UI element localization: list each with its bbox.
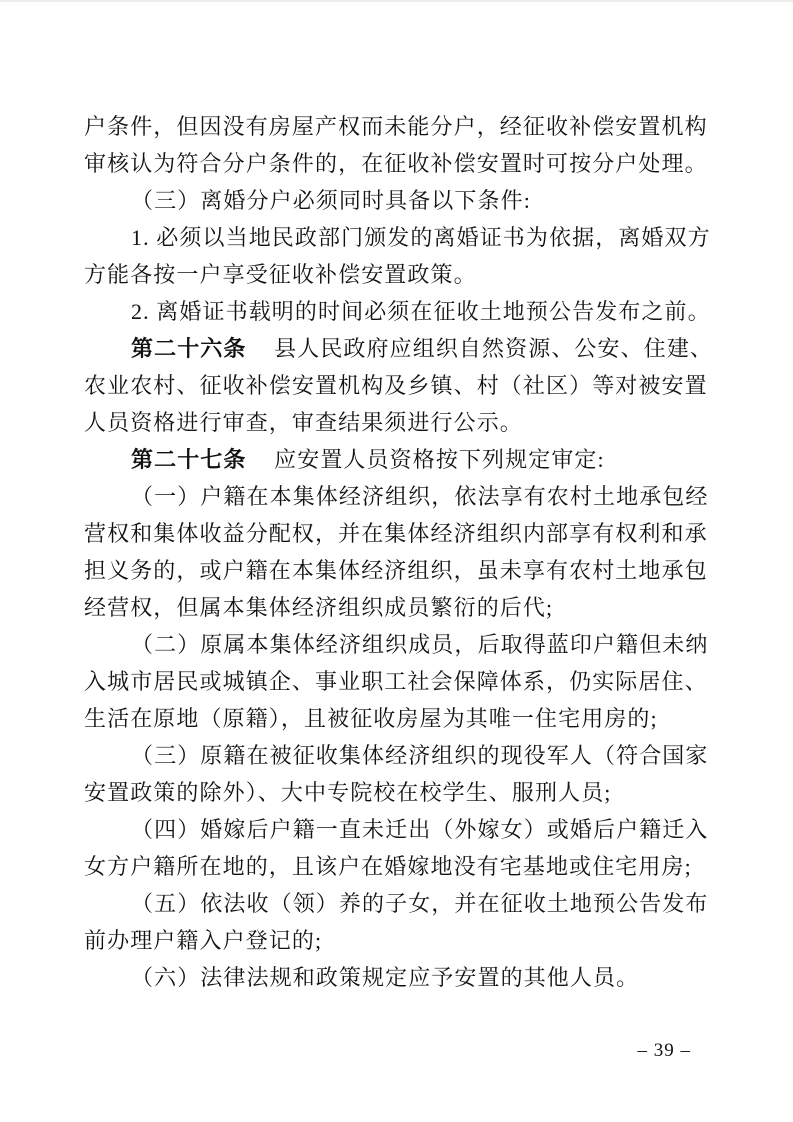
document-line: 第二十七条 应安置人员资格按下列规定审定: bbox=[84, 441, 714, 478]
document-line: 2. 离婚证书载明的时间必须在征收土地预公告发布之前。 bbox=[84, 293, 714, 330]
line-text: 审核认为符合分户条件的，在征收补偿安置时可按分户处理。 bbox=[84, 151, 708, 176]
document-line: （四）婚嫁后户籍一直未迁出（外嫁女）或婚后户籍迁入 bbox=[84, 811, 714, 848]
document-line: 担义务的，或户籍在本集体经济组织，虽未享有农村土地承包 bbox=[84, 552, 714, 589]
line-text: （五）依法收（领）养的子女，并在征收土地预公告发布 bbox=[131, 891, 709, 916]
line-text: 入城市居民或城镇企、事业职工社会保障体系，仍实际居住、 bbox=[84, 669, 708, 694]
document-line: 生活在原地（原籍），且被征收房屋为其唯一住宅用房的; bbox=[84, 700, 714, 737]
document-line: （五）依法收（领）养的子女，并在征收土地预公告发布 bbox=[84, 885, 714, 922]
document-line: （一）户籍在本集体经济组织，依法享有农村土地承包经 bbox=[84, 478, 714, 515]
line-text: 农业农村、征收补偿安置机构及乡镇、村（社区）等对被安置 bbox=[84, 373, 708, 398]
line-text: 县人民政府应组织自然资源、公安、住建、 bbox=[274, 336, 713, 361]
article-number: 第二十七条 bbox=[131, 447, 247, 472]
document-line: 营权和集体收益分配权，并在集体经济组织内部享有权利和承 bbox=[84, 515, 714, 552]
document-line: 安置政策的除外）、大中专院校在校学生、服刑人员; bbox=[84, 774, 714, 811]
document-line: 方能各按一户享受征收补偿安置政策。 bbox=[84, 256, 714, 293]
line-text: 人员资格进行审查，审查结果须进行公示。 bbox=[84, 410, 523, 435]
document-line: 1. 必须以当地民政部门颁发的离婚证书为依据，离婚双方 bbox=[84, 219, 714, 256]
line-text: 户条件，但因没有房屋产权而未能分户，经征收补偿安置机构 bbox=[84, 114, 708, 139]
document-line: （二）原属本集体经济组织成员，后取得蓝印户籍但未纳 bbox=[84, 626, 714, 663]
document-line: 户条件，但因没有房屋产权而未能分户，经征收补偿安置机构 bbox=[84, 108, 714, 145]
line-text: 担义务的，或户籍在本集体经济组织，虽未享有农村土地承包 bbox=[84, 558, 708, 583]
document-line: 第二十六条 县人民政府应组织自然资源、公安、住建、 bbox=[84, 330, 714, 367]
line-text: 安置政策的除外）、大中专院校在校学生、服刑人员; bbox=[84, 780, 612, 805]
document-line: 经营权，但属本集体经济组织成员繁衍的后代; bbox=[84, 589, 714, 626]
line-text: 生活在原地（原籍），且被征收房屋为其唯一住宅用房的; bbox=[84, 706, 658, 731]
line-text: 经营权，但属本集体经济组织成员繁衍的后代; bbox=[84, 595, 553, 620]
document-line: 女方户籍所在地的，且该户在婚嫁地没有宅基地或住宅用房; bbox=[84, 848, 714, 885]
line-text: （三）原籍在被征收集体经济组织的现役军人（符合国家 bbox=[131, 743, 709, 768]
line-text: 前办理户籍入户登记的; bbox=[84, 928, 322, 953]
document-body: 户条件，但因没有房屋产权而未能分户，经征收补偿安置机构 审核认为符合分户条件的，… bbox=[84, 108, 714, 996]
page-number: – 39 – bbox=[638, 1040, 692, 1062]
line-text: （六）法律法规和政策规定应予安置的其他人员。 bbox=[131, 965, 639, 990]
document-line: 农业农村、征收补偿安置机构及乡镇、村（社区）等对被安置 bbox=[84, 367, 714, 404]
article-number: 第二十六条 bbox=[131, 336, 247, 361]
line-text: （三）离婚分户必须同时具备以下条件: bbox=[131, 188, 531, 213]
document-line: （六）法律法规和政策规定应予安置的其他人员。 bbox=[84, 959, 714, 996]
line-text: 营权和集体收益分配权，并在集体经济组织内部享有权利和承 bbox=[84, 521, 708, 546]
document-line: 前办理户籍入户登记的; bbox=[84, 922, 714, 959]
document-line: （三）离婚分户必须同时具备以下条件: bbox=[84, 182, 714, 219]
line-text: （二）原属本集体经济组织成员，后取得蓝印户籍但未纳 bbox=[131, 632, 709, 657]
line-text: 1. 必须以当地民政部门颁发的离婚证书为依据，离婚双方 bbox=[131, 225, 711, 250]
line-text: 方能各按一户享受征收补偿安置政策。 bbox=[84, 262, 477, 287]
line-text: 2. 离婚证书载明的时间必须在征收土地预公告发布之前。 bbox=[131, 299, 711, 324]
document-page: 户条件，但因没有房屋产权而未能分户，经征收补偿安置机构 审核认为符合分户条件的，… bbox=[0, 0, 793, 1122]
line-text: 应安置人员资格按下列规定审定: bbox=[274, 447, 605, 472]
line-text: （四）婚嫁后户籍一直未迁出（外嫁女）或婚后户籍迁入 bbox=[131, 817, 709, 842]
line-text: （一）户籍在本集体经济组织，依法享有农村土地承包经 bbox=[131, 484, 709, 509]
document-line: （三）原籍在被征收集体经济组织的现役军人（符合国家 bbox=[84, 737, 714, 774]
document-line: 人员资格进行审查，审查结果须进行公示。 bbox=[84, 404, 714, 441]
document-line: 入城市居民或城镇企、事业职工社会保障体系，仍实际居住、 bbox=[84, 663, 714, 700]
document-line: 审核认为符合分户条件的，在征收补偿安置时可按分户处理。 bbox=[84, 145, 714, 182]
line-text: 女方户籍所在地的，且该户在婚嫁地没有宅基地或住宅用房; bbox=[84, 854, 692, 879]
